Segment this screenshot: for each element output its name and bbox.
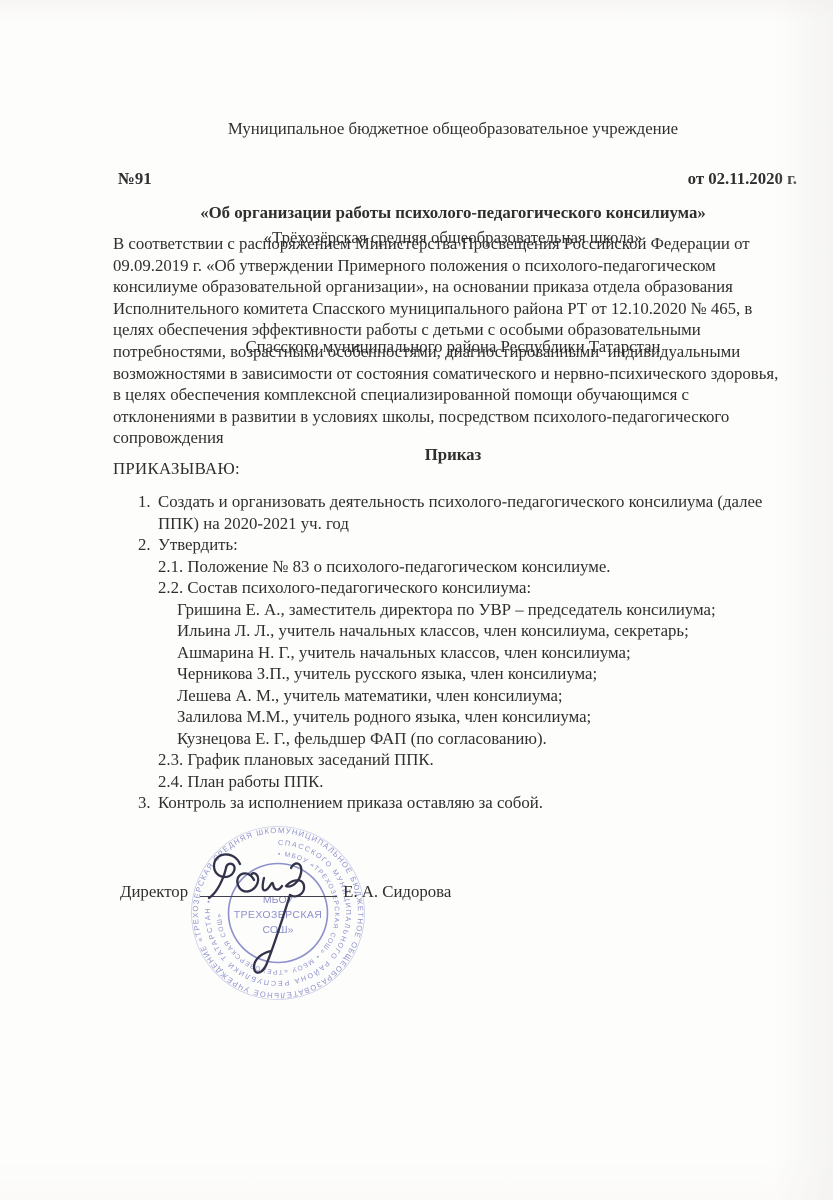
preamble-line: целях обеспечения эффективности работы с… xyxy=(113,319,823,341)
scanned-order-document: Муниципальное бюджетное общеобразователь… xyxy=(0,0,833,1200)
order-list-line-text: Лешева А. М., учитель математики, член к… xyxy=(177,686,563,705)
order-items-list: 1.Создать и организовать деятельность пс… xyxy=(113,491,823,814)
preamble-line: потребностями, возрастными особенностями… xyxy=(113,341,823,363)
order-list-line: ППК) на 2020-2021 уч. год xyxy=(113,513,823,535)
org-name-line-1: Муниципальное бюджетное общеобразователь… xyxy=(113,111,793,147)
order-list-line-text: 2.1. Положение № 83 о психолого-педагоги… xyxy=(158,557,610,576)
preamble-line: консилиуме образовательной организации»,… xyxy=(113,276,823,298)
order-list-line: Гришина Е. А., заместитель директора по … xyxy=(113,599,823,621)
order-list-line: Кузнецова Е. Г., фельдшер ФАП (по соглас… xyxy=(113,728,823,750)
order-list-line-number: 1. xyxy=(138,491,158,513)
preamble-line: возможностями в зависимости от состояния… xyxy=(113,363,823,385)
order-list-line-text: Кузнецова Е. Г., фельдшер ФАП (по соглас… xyxy=(177,729,547,748)
order-subject: «Об организации работы психолого-педагог… xyxy=(113,203,793,223)
signatory-role: Директор xyxy=(120,882,188,902)
order-list-line-text: Утвердить: xyxy=(158,535,238,554)
order-list-line: 2.3. График плановых заседаний ППК. xyxy=(113,749,823,771)
order-list-line-text: Контроль за исполнением приказа оставляю… xyxy=(158,793,543,812)
preamble-line: В соответствии с распоряжением Министерс… xyxy=(113,233,823,255)
preamble-line: отклонениями в развитии в условиях школы… xyxy=(113,406,823,428)
order-list-line-number: 2. xyxy=(138,534,158,556)
order-list-line-text: Черникова З.П., учитель русского языка, … xyxy=(177,664,597,683)
order-list-line-text: ППК) на 2020-2021 уч. год xyxy=(158,514,349,533)
order-list-line-text: 2.4. План работы ППК. xyxy=(158,772,323,791)
order-list-line-number: 3. xyxy=(138,792,158,814)
preamble-line: Исполнительного комитета Спасского муниц… xyxy=(113,298,823,320)
order-list-line: 2.2. Состав психолого-педагогического ко… xyxy=(113,577,823,599)
order-list-line: 1.Создать и организовать деятельность пс… xyxy=(113,491,823,513)
preamble-line: 09.09.2019 г. «Об утверждении Примерного… xyxy=(113,255,823,277)
order-list-line-text: 2.3. График плановых заседаний ППК. xyxy=(158,750,434,769)
order-number: №91 xyxy=(118,169,152,189)
preamble-paragraph: В соответствии с распоряжением Министерс… xyxy=(113,233,823,449)
order-list-line-text: Ильина Л. Л., учитель начальных классов,… xyxy=(177,621,689,640)
order-list-line: 2.1. Положение № 83 о психолого-педагоги… xyxy=(113,556,823,578)
order-list-line: Залилова М.М., учитель родного языка, чл… xyxy=(113,706,823,728)
order-list-line: Ильина Л. Л., учитель начальных классов,… xyxy=(113,620,823,642)
number-date-row: №91 от 02.11.2020 г. xyxy=(118,169,797,189)
order-list-line-text: Гришина Е. А., заместитель директора по … xyxy=(177,600,716,619)
order-list-line: Ашмарина Н. Г., учитель начальных классо… xyxy=(113,642,823,664)
preamble-line: в целях обеспечения комплексной специали… xyxy=(113,384,823,406)
preamble-line: сопровождения xyxy=(113,427,823,449)
handwritten-signature xyxy=(196,840,346,1000)
order-word: ПРИКАЗЫВАЮ: xyxy=(113,459,240,479)
order-list-line-text: Ашмарина Н. Г., учитель начальных классо… xyxy=(177,643,631,662)
order-date: от 02.11.2020 г. xyxy=(688,169,797,189)
order-list-line-text: 2.2. Состав психолого-педагогического ко… xyxy=(158,578,531,597)
order-list-line-text: Залилова М.М., учитель родного языка, чл… xyxy=(177,707,591,726)
order-list-line: 3.Контроль за исполнением приказа оставл… xyxy=(113,792,823,814)
signatory-name: Е. А. Сидорова xyxy=(343,882,451,902)
order-list-line: 2.4. План работы ППК. xyxy=(113,771,823,793)
order-list-line: Черникова З.П., учитель русского языка, … xyxy=(113,663,823,685)
order-list-line: 2.Утвердить: xyxy=(113,534,823,556)
order-list-line-text: Создать и организовать деятельность псих… xyxy=(158,492,762,511)
order-list-line: Лешева А. М., учитель математики, член к… xyxy=(113,685,823,707)
